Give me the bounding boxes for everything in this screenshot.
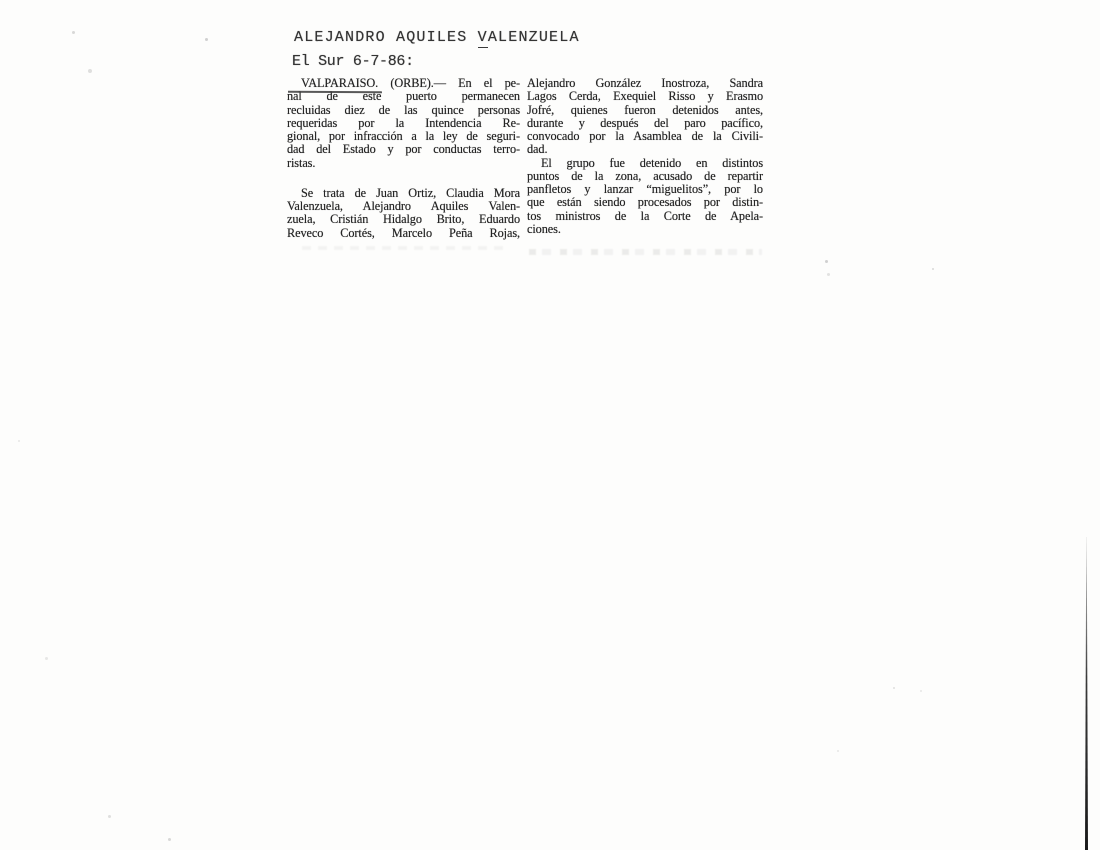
noise-speck — [932, 268, 934, 270]
text-line: requeridas por la Intendencia Re- — [287, 117, 520, 130]
subject-name-part1: ALEJANDRO AQUILES — [294, 29, 478, 46]
text-line: Lagos Cerda, Exequiel Risso y Erasmo — [527, 90, 763, 103]
noise-speck — [316, 40, 318, 42]
paragraph-2: Se trata de Juan Ortiz, Claudia Mora Val… — [287, 187, 520, 240]
scanned-document-page: ALEJANDRO AQUILES VALENZUELA El Sur 6-7-… — [0, 0, 1100, 850]
noise-speck — [893, 687, 895, 689]
noise-speck — [108, 815, 111, 818]
typed-header: ALEJANDRO AQUILES VALENZUELA El Sur 6-7-… — [294, 29, 580, 70]
paragraph-4: El grupo fue detenido en distintos punto… — [527, 157, 763, 237]
text-line: Reveco Cortés, Marcelo Peña Rojas, — [287, 227, 520, 240]
source-date-line: El Sur 6-7-86: — [292, 53, 580, 70]
text-line: Alejandro González Inostroza, Sandra — [527, 77, 763, 90]
paragraph-3: Alejandro González Inostroza, Sandra Lag… — [527, 77, 763, 157]
subject-name-part2: ALENZUELA — [488, 29, 580, 46]
text-line: dad. — [527, 143, 763, 156]
subject-name-underlined-letter: V — [478, 29, 488, 48]
text-line: puntos de la zona, acusado de repartir — [527, 170, 763, 183]
noise-speck — [827, 273, 830, 276]
noise-speck — [205, 38, 208, 41]
clipping-column-2: Alejandro González Inostroza, Sandra Lag… — [527, 77, 763, 240]
text-line: panfletos y lanzar “miguelitos”, por lo — [527, 183, 763, 196]
text-line: que están siendo procesados por distin- — [527, 196, 763, 209]
text-line: dad del Estado y por conductas terro- — [287, 143, 520, 156]
ghost-text-smudge — [529, 249, 762, 255]
text-line: ristas. — [287, 157, 520, 170]
clipping-column-1: VALPARAISO. (ORBE).— En el pe- nal de es… — [287, 77, 520, 240]
text-line: ciones. — [527, 223, 763, 236]
subject-name-line: ALEJANDRO AQUILES VALENZUELA — [294, 29, 580, 46]
text-line: Valenzuela, Alejandro Aquiles Valen- — [287, 200, 520, 213]
noise-speck — [72, 31, 75, 34]
text-line: Jofré, quienes fueron detenidos antes, — [527, 104, 763, 117]
text-line: El grupo fue detenido en distintos — [527, 157, 763, 170]
text-line: Se trata de Juan Ortiz, Claudia Mora — [287, 187, 520, 200]
noise-speck — [18, 440, 20, 442]
text-line: VALPARAISO. (ORBE).— En el pe- — [287, 77, 520, 90]
news-clipping: VALPARAISO. (ORBE).— En el pe- nal de es… — [287, 77, 763, 240]
text-line: recluidas diez de las quince personas — [287, 104, 520, 117]
text-line: gional, por infracción a la ley de segur… — [287, 130, 520, 143]
text-line: tos ministros de la Corte de Apela- — [527, 210, 763, 223]
ghost-text-smudge — [302, 246, 507, 250]
text-line: convocado por la Asamblea de la Civili- — [527, 130, 763, 143]
text-line: zuela, Cristián Hidalgo Brito, Eduardo — [287, 213, 520, 226]
noise-speck — [825, 260, 828, 263]
noise-speck — [168, 838, 171, 841]
scan-edge-line — [1085, 537, 1088, 850]
noise-speck — [920, 690, 922, 692]
noise-speck — [45, 657, 48, 660]
noise-speck — [837, 750, 839, 752]
noise-speck — [88, 69, 92, 73]
text-line: durante y después del paro pacífico, — [527, 117, 763, 130]
